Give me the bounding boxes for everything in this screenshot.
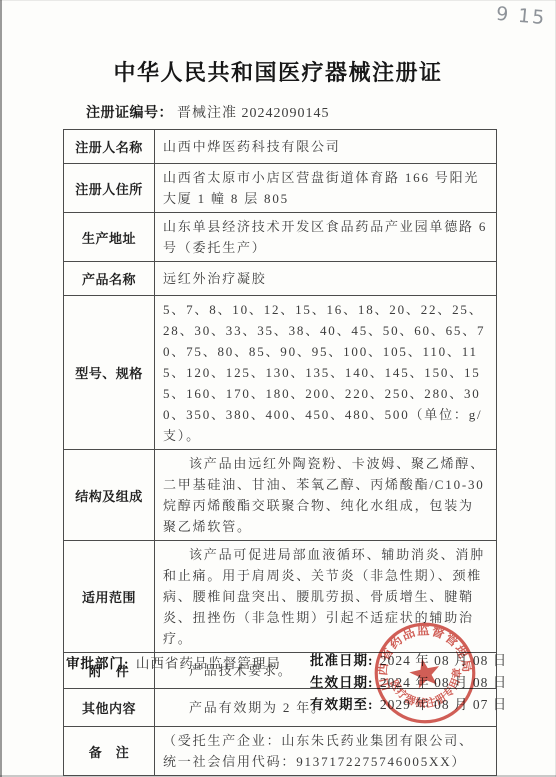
row-value: 山西省太原市小店区营盘街道体育路 166 号阳光大厦 1 幢 8 层 805	[155, 164, 497, 213]
row-label: 生产地址	[64, 213, 155, 262]
page-title: 中华人民共和国医疗器械注册证	[0, 56, 556, 87]
cert-number-value: 晋械注准 20242090145	[177, 106, 330, 121]
effective-date-value: 2024 年 08 月 08 日	[380, 675, 507, 690]
row-value: 山西中烨医药科技有限公司	[155, 130, 497, 164]
effective-date-line: 生效日期: 2024 年 08 月 08 日	[310, 672, 507, 694]
table-row: 生产地址 山东单县经济技术开发区食品药品产业园单德路 6 号（委托生产）	[64, 213, 497, 262]
date-block: 批准日期: 2024 年 08 月 08 日 生效日期: 2024 年 08 月…	[310, 650, 507, 716]
expiry-date-value: 2029 年 08 月 07 日	[380, 697, 507, 712]
row-value: （受托生产企业：山东朱氏药业集团有限公司、统一社会信用代码：9137172275…	[155, 727, 497, 776]
row-label: 型号、规格	[64, 296, 155, 450]
table-row: 结构及组成 该产品由远红外陶瓷粉、卡波姆、聚乙烯醇、二甲基硅油、甘油、苯氧乙醇、…	[64, 450, 497, 541]
row-value: 该产品可促进局部血液循环、辅助消炎、消肿和止痛。用于肩周炎、关节炎（非急性期）、…	[155, 541, 497, 653]
table-row: 注册人住所 山西省太原市小店区营盘街道体育路 166 号阳光大厦 1 幢 8 层…	[64, 164, 497, 213]
expiry-date-label: 有效期至:	[310, 697, 374, 712]
row-value: 山东单县经济技术开发区食品药品产业园单德路 6 号（委托生产）	[155, 213, 497, 262]
effective-date-label: 生效日期:	[310, 675, 374, 690]
handwritten-mark: 9 15	[495, 3, 547, 29]
row-label: 注册人住所	[64, 164, 155, 213]
row-value: 远红外治疗凝胶	[155, 262, 497, 296]
row-value: 该产品由远红外陶瓷粉、卡波姆、聚乙烯醇、二甲基硅油、甘油、苯氧乙醇、丙烯酸酯/C…	[155, 450, 497, 541]
row-label: 产品名称	[64, 262, 155, 296]
table-row: 备 注 （受托生产企业：山东朱氏药业集团有限公司、统一社会信用代码：913717…	[64, 727, 497, 776]
table-row: 适用范围 该产品可促进局部血液循环、辅助消炎、消肿和止痛。用于肩周炎、关节炎（非…	[64, 541, 497, 653]
approval-date-line: 批准日期: 2024 年 08 月 08 日	[310, 650, 507, 672]
cert-number-label: 注册证编号：	[86, 106, 173, 121]
approval-department: 审批部门: 山西省药品监督管理局	[66, 652, 281, 672]
row-label: 适用范围	[64, 541, 155, 653]
row-label: 备 注	[64, 727, 155, 776]
row-label: 结构及组成	[64, 450, 155, 541]
approval-date-value: 2024 年 08 月 08 日	[380, 653, 507, 668]
row-value: 5、7、8、10、12、15、16、18、20、22、25、28、30、33、3…	[155, 296, 497, 450]
table-row: 型号、规格 5、7、8、10、12、15、16、18、20、22、25、28、3…	[64, 296, 497, 450]
certificate-page: 9 15 中华人民共和国医疗器械注册证 注册证编号：晋械注准 202420901…	[0, 0, 556, 777]
table-row: 注册人名称 山西中烨医药科技有限公司	[64, 130, 497, 164]
table-row: 产品名称 远红外治疗凝胶	[64, 262, 497, 296]
approval-date-label: 批准日期:	[310, 653, 374, 668]
row-label: 注册人名称	[64, 130, 155, 164]
approval-label: 审批部门:	[66, 656, 130, 671]
approval-value: 山西省药品监督管理局	[136, 656, 281, 671]
expiry-date-line: 有效期至: 2029 年 08 月 07 日	[310, 694, 507, 716]
cert-number-line: 注册证编号：晋械注准 20242090145	[86, 102, 330, 122]
row-label: 其他内容	[64, 689, 155, 727]
